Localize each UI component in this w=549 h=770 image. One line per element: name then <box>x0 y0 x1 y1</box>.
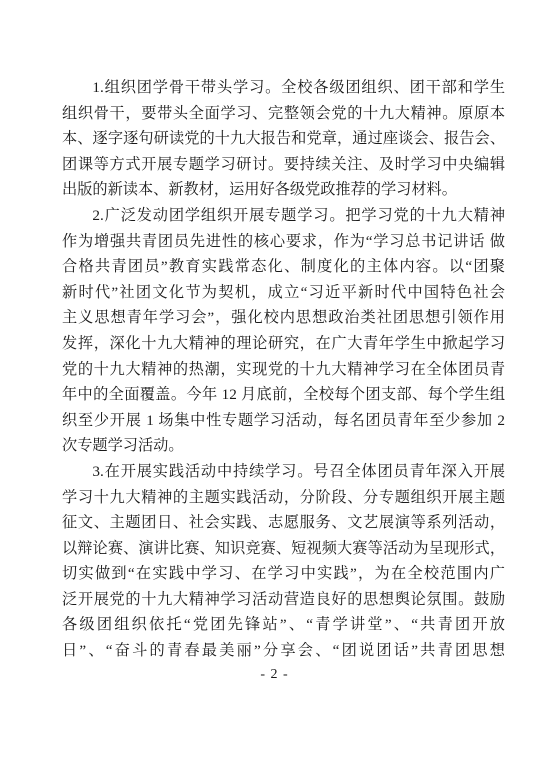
paragraph-1: 1.组织团学骨干带头学习。全校各级团组织、团干部和学生 组织骨干，要带头全面学习… <box>62 75 505 203</box>
text-line: 织至少开展 1 场集中性专题学习活动，每名团员青年至少参加 2 <box>62 408 505 434</box>
paragraph-2: 2.广泛发动团学组织开展专题学习。把学习党的十九大精神 作为增强共青团员先进性的… <box>62 203 505 459</box>
document-page: 1.组织团学骨干带头学习。全校各级团组织、团干部和学生 组织骨干，要带头全面学习… <box>0 0 549 770</box>
text-line: 主义思想青年学习会”，强化校内思想政治类社团思想引领作用 <box>62 305 505 331</box>
text-line: 发挥，深化十九大精神的理论研究，在广大青年学生中掀起学习 <box>62 331 505 357</box>
page-number: - 2 - <box>0 665 549 685</box>
text-line: 党的十九大精神的热潮，实现党的十九大精神学习在全体团员青 <box>62 357 505 383</box>
text-line: 本、逐字逐句研读党的十九大报告和党章，通过座谈会、报告会、 <box>62 126 505 152</box>
text-line: 团课等方式开展专题学习研讨。要持续关注、及时学习中央编辑 <box>62 152 505 178</box>
text-line: 征文、主题团日、社会实践、志愿服务、文艺展演等系列活动， <box>62 510 505 536</box>
text-line: 各级团组织依托“党团先锋站”、“青学讲堂”、“共青团开放 <box>62 612 505 638</box>
text-line: 1.组织团学骨干带头学习。全校各级团组织、团干部和学生 <box>62 75 505 101</box>
text-line: 切实做到“在实践中学习、在学习中实践”，为在全校范围内广 <box>62 561 505 587</box>
text-line: 学习十九大精神的主题实践活动，分阶段、分专题组织开展主题 <box>62 485 505 511</box>
text-line: 2.广泛发动团学组织开展专题学习。把学习党的十九大精神 <box>62 203 505 229</box>
text-line: 泛开展党的十九大精神学习活动营造良好的思想舆论氛围。鼓励 <box>62 587 505 613</box>
text-line: 次专题学习活动。 <box>62 433 505 459</box>
text-line: 以辩论赛、演讲比赛、知识竞赛、短视频大赛等活动为呈现形式， <box>62 536 505 562</box>
text-line: 年中的全面覆盖。今年 12 月底前，全校每个团支部、每个学生组 <box>62 382 505 408</box>
text-line: 合格共青团员”教育实践常态化、制度化的主体内容。以“团聚 <box>62 254 505 280</box>
text-line: 3.在开展实践活动中持续学习。号召全体团员青年深入开展 <box>62 459 505 485</box>
text-line: 出版的新读本、新教材，运用好各级党政推荐的学习材料。 <box>62 177 505 203</box>
text-line: 新时代”社团文化节为契机，成立“习近平新时代中国特色社会 <box>62 280 505 306</box>
text-line: 日”、“奋斗的青春最美丽”分享会、“团说团话”共青团思想 <box>62 638 505 664</box>
paragraph-3: 3.在开展实践活动中持续学习。号召全体团员青年深入开展 学习十九大精神的主题实践… <box>62 459 505 664</box>
document-body: 1.组织团学骨干带头学习。全校各级团组织、团干部和学生 组织骨干，要带头全面学习… <box>62 75 505 664</box>
text-line: 组织骨干，要带头全面学习、完整领会党的十九大精神。原原本 <box>62 101 505 127</box>
text-line: 作为增强共青团员先进性的核心要求，作为“学习总书记讲话 做 <box>62 229 505 255</box>
